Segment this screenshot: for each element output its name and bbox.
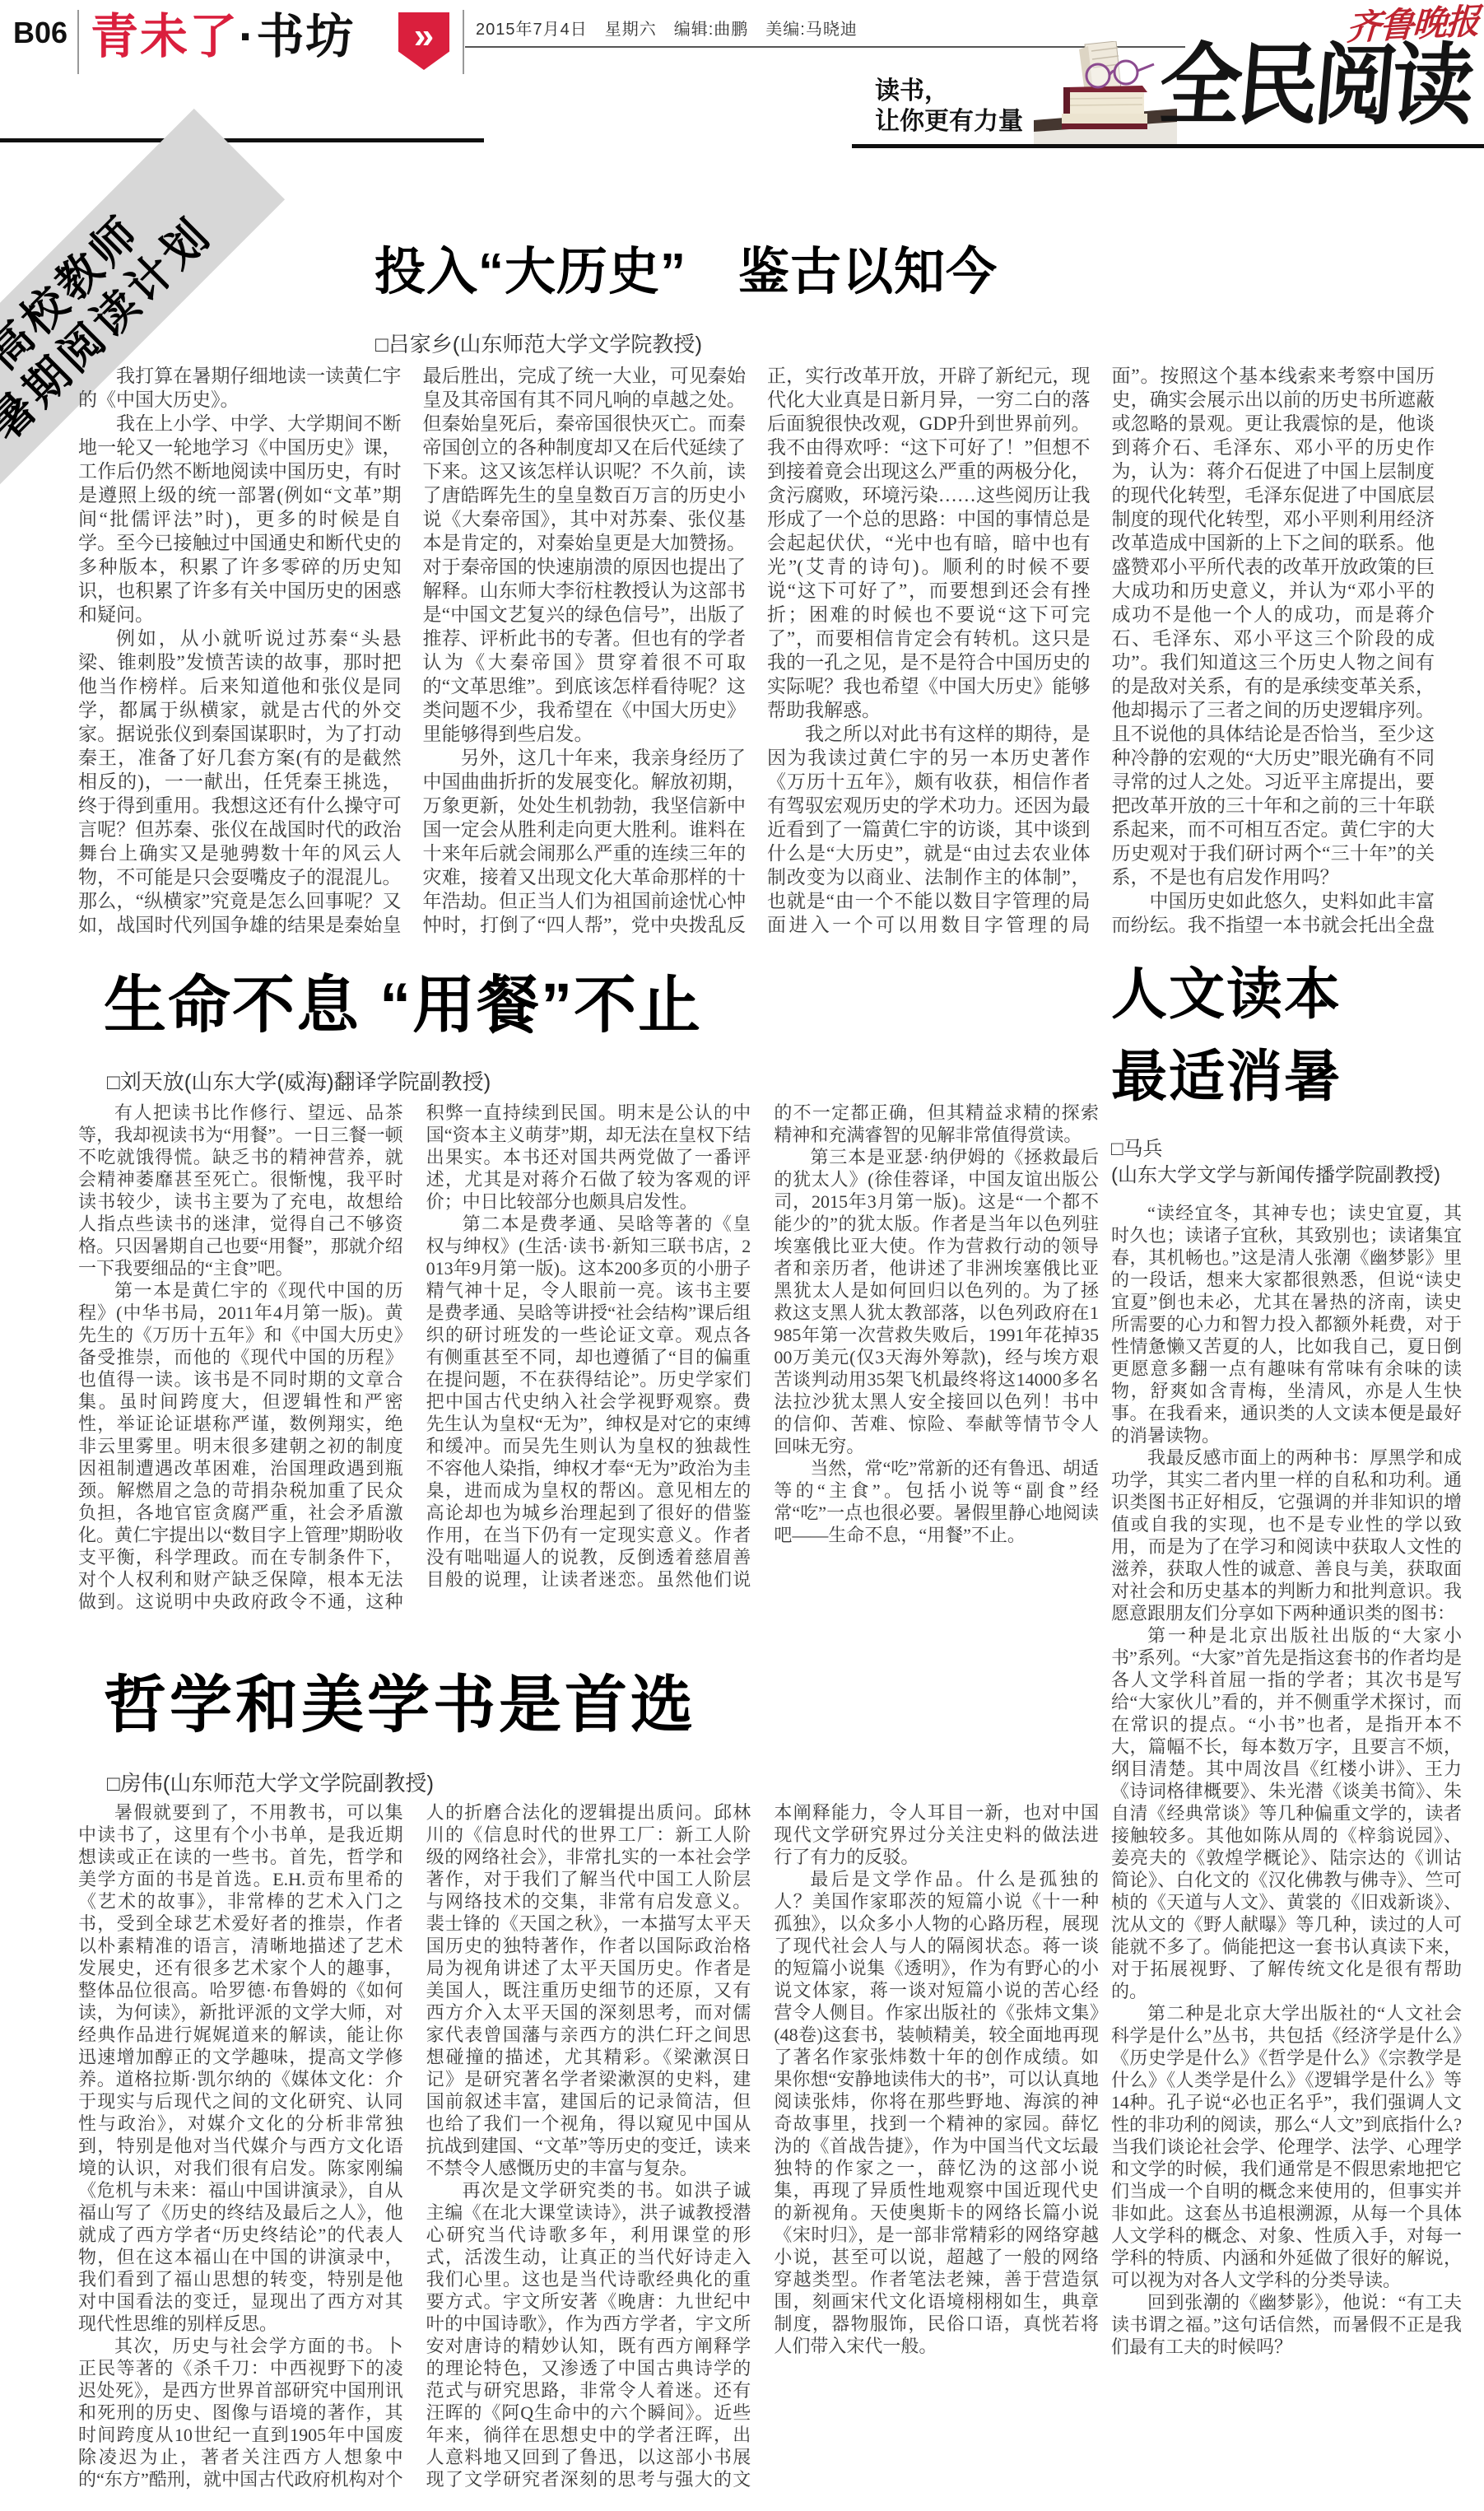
article-2-body: 有人把读书比作修行、望远、品茶等，我却视读书为“用餐”。一日三餐一顿不吃就饿得慌… <box>78 1102 1099 1622</box>
slogan-line-2: 让你更有力量 <box>875 106 1023 137</box>
masthead-divider-1 <box>77 10 79 74</box>
masthead-rule-left <box>0 138 484 142</box>
article-3-affiliation: (山东大学文学与新闻传播学院副教授) <box>1111 1162 1473 1189</box>
paragraph: 第三本是亚瑟·纳伊姆的《拯救最后的犹太人》(徐佳蓉译，中国友谊出版公司，2015… <box>774 1146 1099 1457</box>
article-3-body: “读经宜冬，其神专也；读史宜夏，其时久也；读诸子宜秋，其致别也；读诸集宜春，其机… <box>1111 1202 1462 2453</box>
paragraph: 我最反感市面上的两种书：厚黑学和成功学，其实二者内里一样的自私和功利。通识类图书… <box>1111 1447 1462 1624</box>
article-3-headline-line-2: 最适消暑 <box>1111 1036 1465 1118</box>
article-3-headline: 人文读本 最适消暑 <box>1111 953 1465 1118</box>
paragraph: 第二种是北京大学出版社的“人文社会科学是什么”丛书，共包括《经济学是什么》《历史… <box>1111 2002 1462 2291</box>
paragraph: 我在上小学、中学、大学期间不断地一轮又一轮地学习《中国历史》课，工作后仍然不断地… <box>78 412 402 627</box>
article-4-body: 暑假就要到了，不用教书，可以集中读书了，这里有个小书单，是我近期想读或正在读的一… <box>78 1801 1099 2508</box>
section-title-black: ·书坊 <box>239 10 355 63</box>
section-title-red: 青未了 <box>91 10 239 63</box>
paragraph: “读经宜冬，其神专也；读史宜夏，其时久也；读诸子宜秋，其致别也；读诸集宜春，其机… <box>1111 1202 1462 1447</box>
paragraph: 回到张潮的《幽梦影》，他说：“有工夫读书谓之福。”这句话信然，而暑假不正是我们最… <box>1111 2291 1462 2358</box>
section-title: 青未了·书坊 <box>91 13 355 61</box>
paragraph: 有人把读书比作修行、望远、品茶等，我却视读书为“用餐”。一日三餐一顿不吃就饿得慌… <box>78 1102 403 1279</box>
national-reading-banner: 全民阅读 <box>1156 38 1473 136</box>
paragraph: 当然，常“吃”常新的还有鲁迅、胡适等的“主食”。包括小说等“副食”经常“吃”一点… <box>774 1457 1099 1546</box>
reading-slogan: 读书， 让你更有力量 <box>875 76 1023 137</box>
masthead-divider-2 <box>463 10 464 74</box>
newspaper-page: B06 青未了·书坊 » 2015年7月4日 星期六 编辑:曲鹏 美编:马晓迪 … <box>0 0 1484 2511</box>
article-3-headline-line-1: 人文读本 <box>1111 953 1465 1036</box>
slogan-line-1: 读书， <box>875 76 1023 106</box>
article-4-byline: □房伟(山东师范大学文学院副教授) <box>107 1767 434 1797</box>
paragraph: 我打算在暑期仔细地读一读黄仁宇的《中国大历史》。 <box>78 364 402 412</box>
paragraph: 暑假就要到了，不用教书，可以集中读书了，这里有个小书单，是我近期想读或正在读的一… <box>78 1801 403 2335</box>
page-number: B06 <box>13 18 67 48</box>
glasses-icon <box>1086 61 1154 87</box>
article-3-byline: □马兵 (山东大学文学与新闻传播学院副教授) <box>1111 1136 1473 1189</box>
article-2-byline: □刘天放(山东大学(威海)翻译学院副教授) <box>107 1065 491 1096</box>
article-1-body: 我打算在暑期仔细地读一读黄仁宇的《中国大历史》。 我在上小学、中学、大学期间不断… <box>78 364 1435 942</box>
article-3-author: □马兵 <box>1111 1136 1473 1162</box>
masthead-rule-right <box>852 144 1484 148</box>
chevron-badge-icon: » <box>398 12 449 70</box>
dateline: 2015年7月4日 星期六 编辑:曲鹏 美编:马晓迪 <box>476 20 858 40</box>
paragraph: 第一种是北京出版社出版的“大家小书”系列。“大家”首先是指这套书的作者均是各人文… <box>1111 1624 1462 2002</box>
article-2-headline: 生命不息 “用餐”不止 <box>104 955 702 1045</box>
article-1-headline: 投入“大历史” 鉴古以知今 <box>374 231 998 304</box>
paragraph: 最后是文学作品。什么是孤独的人？美国作家耶茨的短篇小说《十一种孤独》，以众多小人… <box>774 1868 1099 2357</box>
article-4-headline: 哲学和美学书是首选 <box>104 1655 696 1745</box>
article-1-byline: □吕家乡(山东师范大学文学院教授) <box>375 328 702 358</box>
book-stack-icon <box>1062 86 1147 129</box>
